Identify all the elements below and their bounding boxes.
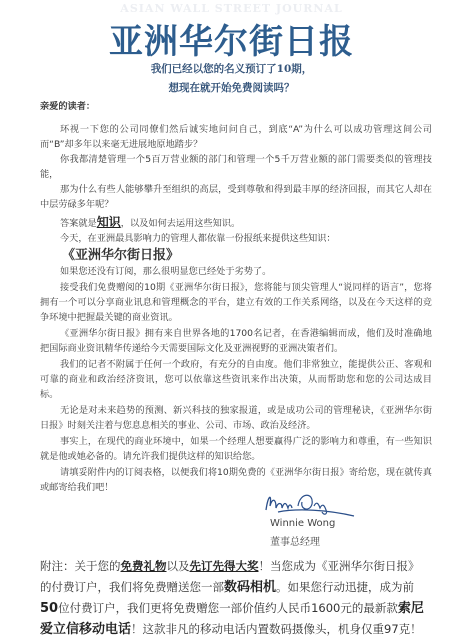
subtitle-line-2: 想现在就开始免费阅读吗？ xyxy=(0,79,463,98)
signer-position: 董事总经理 xyxy=(258,533,368,548)
paragraph-12: 请填妥附件内的订阅表格，以便我们将10期免费的《亚洲华尔街日报》寄给您，现在就传… xyxy=(40,465,432,495)
ps-text-4: 。如果您行动迅捷，成为前 xyxy=(276,580,414,594)
paragraph-9: 我们的记者不附属于任何一个政府，有充分的自由度。他们非常独立，能提供公正、客观和… xyxy=(40,357,432,402)
paragraph-10: 无论是对未来趋势的预测、新兴科技的独家报道，或是成功公司的管理秘诀，《亚洲华尔街… xyxy=(40,403,432,433)
keyword-knowledge: 知识 xyxy=(97,215,121,229)
ps-first-50: 50 xyxy=(40,601,58,616)
paragraph-11: 事实上，在现代的商业环境中，如果一个经理人想要赢得广泛的影响力和尊重，有一些知识… xyxy=(40,434,432,464)
signer-name: Winnie Wong xyxy=(258,518,368,529)
ps-text-6: ！这款非凡的移动电话内置数码摄像头，机身仅重97克！ xyxy=(131,622,422,636)
paragraph-4: 答案就是知识，以及如何去运用这些知识。 xyxy=(40,215,432,231)
handwritten-signature-icon xyxy=(258,488,358,518)
paragraph-4-pre: 答案就是 xyxy=(60,218,97,229)
subtitle-line-1: 我们已经以您的名义预订了10期， xyxy=(0,60,463,79)
ps-text-5: 位付费订户，我们更将免费赠您一部价值约人民币1600元的最新款 xyxy=(58,601,398,615)
postscript: 附注：关于您的免费礼物以及先订先得大奖！当您成为《亚洲华尔街日报》的付费订户，我… xyxy=(40,556,430,640)
paragraph-2: 你我都清楚管理一个5百万营业额的部门和管理一个5千万营业额的部门需要类似的管理技… xyxy=(40,152,432,182)
ps-early-bird-prize: 先订先得大奖 xyxy=(190,559,259,573)
signature-block: Winnie Wong 董事总经理 xyxy=(258,488,368,548)
paragraph-7: 接受我们免费赠阅的10期《亚洲华尔街日报》，您将能与顶尖管理人“说同样的语言”，… xyxy=(40,280,432,325)
paragraph-4-post: ，以及如何去运用这些知识。 xyxy=(121,218,240,229)
paragraph-1: 环视一下您的公司同僚们然后诚实地问问自己，到底“A”为什么可以成功管理这间公司而… xyxy=(40,122,432,152)
ps-text-1: 附注：关于您的 xyxy=(40,559,121,573)
newspaper-title: 亚洲华尔街日报 xyxy=(0,14,463,63)
paper-name-heading: 《亚洲华尔街日报》 xyxy=(62,248,432,263)
ps-free-gift: 免费礼物 xyxy=(121,559,167,573)
ps-text-2: 以及 xyxy=(167,559,190,573)
paragraph-6: 如果您还没有订阅，那么很明显您已经处于劣势了。 xyxy=(40,264,432,279)
ps-digital-camera: 数码相机 xyxy=(224,580,276,595)
greeting: 亲爱的读者： xyxy=(40,99,432,114)
letter-body: 亲爱的读者： 环视一下您的公司同僚们然后诚实地问问自己，到底“A”为什么可以成功… xyxy=(40,99,432,495)
paragraph-5: 今天，在亚洲最具影响力的管理人都依靠一份报纸来提供这些知识： xyxy=(40,231,432,246)
paragraph-8: 《亚洲华尔街日报》拥有来自世界各地的1700名记者，在香港编辑而成，他们及时准确… xyxy=(40,326,432,356)
paragraph-3: 那为什么有些人能够攀升至组织的高层，受到尊敬和得到最丰厚的经济回报，而其它人却在… xyxy=(40,182,432,212)
subtitle: 我们已经以您的名义预订了10期， 想现在就开始免费阅读吗？ xyxy=(0,60,463,98)
